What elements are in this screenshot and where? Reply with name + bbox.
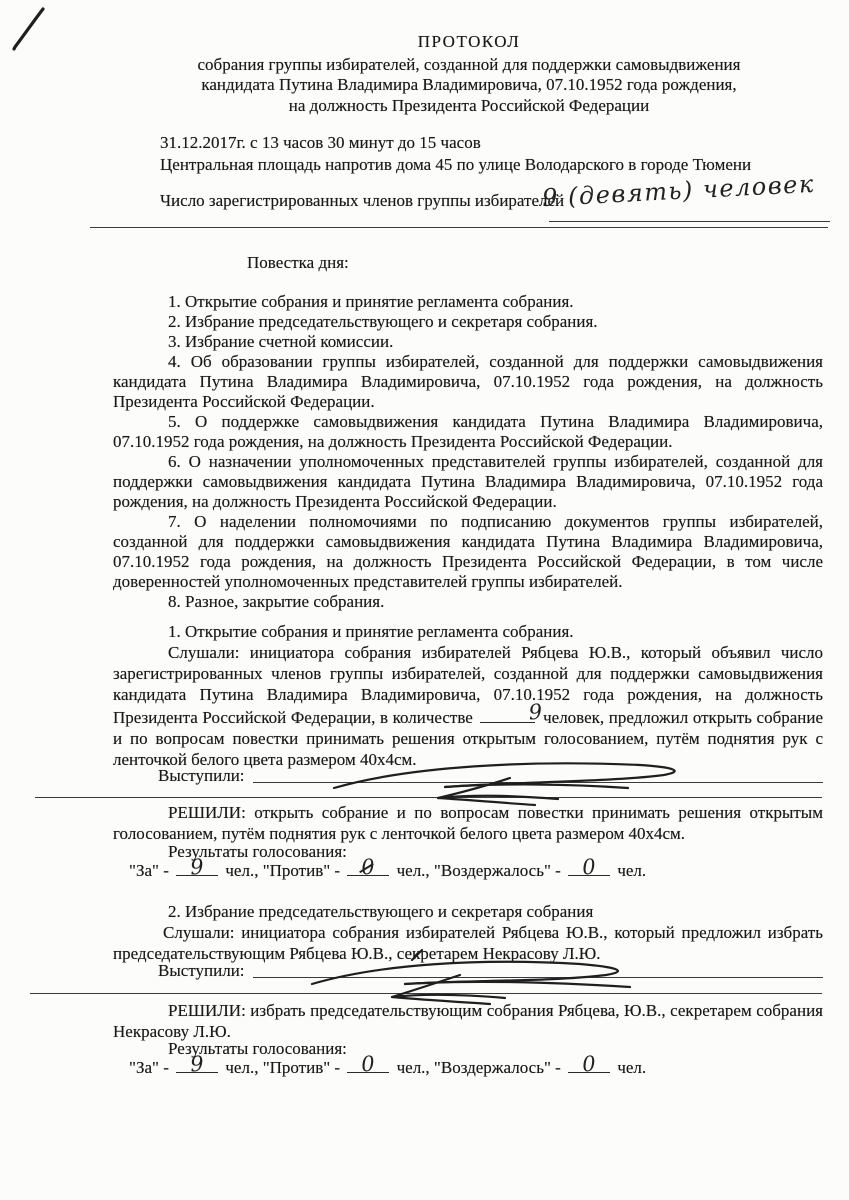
vote-protiv-blank: 0	[347, 858, 389, 876]
agenda-item: 8. Разное, закрытие собрания.	[113, 592, 823, 612]
agenda-item: 2. Избрание председательствующего и секр…	[113, 312, 823, 332]
section2-vystupili-label: Выступили:	[158, 961, 245, 981]
agenda-label: Повестка дня:	[247, 253, 349, 273]
header-subtitle-line: кандидата Путина Владимира Владимировича…	[113, 75, 825, 96]
section1-vystupili-label: Выступили:	[158, 766, 245, 786]
vote-protiv-blank: 0	[347, 1055, 389, 1073]
vote-vozderzhalos-blank: 0	[568, 858, 610, 876]
vote-protiv-label: чел., "Против" -	[225, 1058, 340, 1077]
section2-heading: 2. Избрание председательствующего и секр…	[113, 902, 823, 922]
agenda-item: 6. О назначении уполномоченных представи…	[113, 452, 823, 512]
header-subtitle-line: на должность Президента Российской Федер…	[113, 96, 825, 117]
vote-protiv-handwritten-value: 0	[361, 1054, 376, 1076]
registered-members-label: Число зарегистрированных членов группы и…	[160, 191, 564, 211]
agenda-item: 4. Об образовании группы избирателей, со…	[113, 352, 823, 412]
vote-za-blank: 9	[176, 1055, 218, 1073]
agenda-item: 5. О поддержке самовыдвижения кандидата …	[113, 412, 823, 452]
page-title: ПРОТОКОЛ	[113, 32, 825, 53]
meeting-place-line: Центральная площадь напротив дома 45 по …	[160, 154, 840, 176]
section1-count-handwritten-value: 9	[473, 702, 543, 728]
header-subtitle-line: собрания группы избирателей, созданной д…	[113, 55, 825, 76]
horizontal-divider	[90, 227, 828, 228]
vote-za-label: "За" -	[129, 1058, 169, 1077]
agenda-item: 1. Открытие собрания и принятие регламен…	[113, 292, 823, 312]
meeting-meta: 31.12.2017г. с 13 часов 30 минут до 15 ч…	[160, 132, 840, 175]
vote-chel-label: чел.	[617, 1058, 646, 1077]
pen-stroke-corner-slash-icon	[6, 4, 50, 52]
vote-vozderzhalos-label: чел., "Воздержалось" -	[397, 1058, 561, 1077]
vote-vozderzhalos-label: чел., "Воздержалось" -	[397, 861, 561, 880]
section2-reshili-paragraph: РЕШИЛИ: избрать председательствующим соб…	[113, 1000, 823, 1042]
vote-protiv-handwritten-value: 0	[361, 857, 376, 879]
section1-reshili-paragraph: РЕШИЛИ: открыть собрание и по вопросам п…	[113, 802, 823, 844]
vote-za-handwritten-value: 9	[190, 1054, 205, 1076]
section2-vote-results-line: "За" - 9 чел., "Против" - 0 чел., "Возде…	[113, 1055, 849, 1078]
registered-value-underline	[549, 221, 830, 222]
section1-count-blank: 9	[480, 705, 535, 723]
meeting-date-line: 31.12.2017г. с 13 часов 30 минут до 15 ч…	[160, 132, 840, 154]
agenda-item: 3. Избрание счетной комиссии.	[113, 332, 823, 352]
document-header: ПРОТОКОЛ собрания группы избирателей, со…	[113, 32, 825, 116]
vote-chel-label: чел.	[617, 861, 646, 880]
vote-za-blank: 9	[176, 858, 218, 876]
pen-strike-scribble-icon	[300, 942, 660, 1008]
agenda-list: 1. Открытие собрания и принятие регламен…	[113, 292, 823, 612]
vote-vozderzhalos-blank: 0	[568, 1055, 610, 1073]
section1-vote-results-line: "За" - 9 чел., "Против" - 0 чел., "Возде…	[113, 858, 849, 881]
vote-za-handwritten-value: 9	[190, 857, 205, 879]
vote-za-label: "За" -	[129, 861, 169, 880]
scanned-protocol-page: ПРОТОКОЛ собрания группы избирателей, со…	[0, 0, 849, 1200]
vote-protiv-label: чел., "Против" -	[225, 861, 340, 880]
agenda-item: 7. О наделении полномочиями по подписани…	[113, 512, 823, 592]
registered-members-handwritten-value: 9 (девять) человек	[542, 170, 816, 212]
pen-strike-scribble-icon	[320, 748, 720, 810]
section1-heading: 1. Открытие собрания и принятие регламен…	[113, 622, 823, 642]
vote-vozderzhalos-handwritten-value: 0	[582, 1054, 597, 1076]
vote-vozderzhalos-handwritten-value: 0	[582, 857, 597, 879]
